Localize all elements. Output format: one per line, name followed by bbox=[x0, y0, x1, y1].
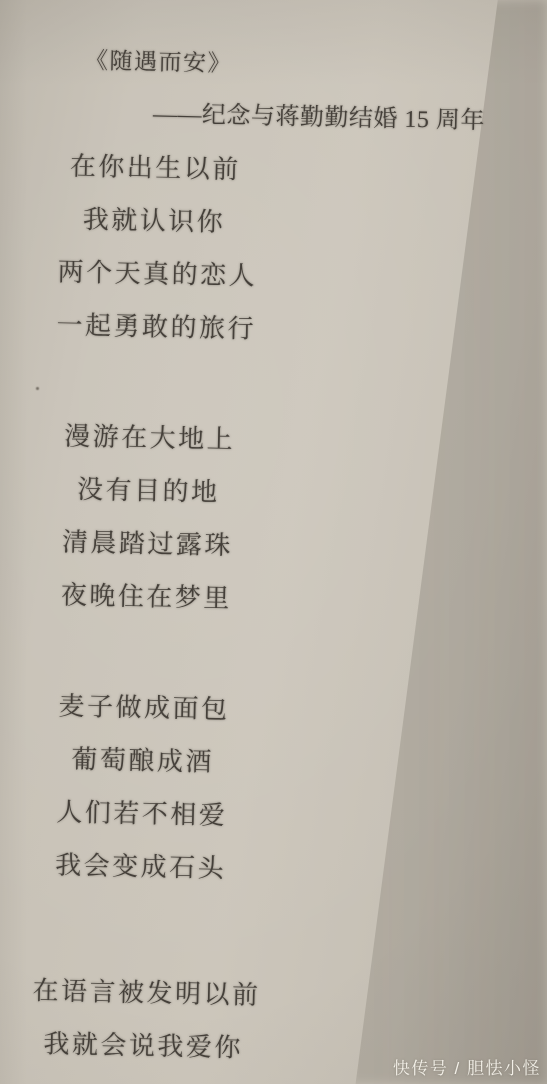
poem-line: 一起勇敢的旅行 bbox=[56, 299, 425, 360]
poem-line: 葡萄酿成酒 bbox=[71, 733, 416, 793]
poem-line: 麦子做成面包 bbox=[58, 680, 417, 740]
stanza-3: 麦子做成面包 葡萄酿成酒 人们若不相爱 我会变成石头 bbox=[0, 678, 417, 899]
poem-line: 两个天真的恋人 bbox=[57, 246, 426, 307]
poem-line: 漫游在大地上 bbox=[64, 410, 423, 470]
stanza-1: 在你出生以前 我就认识你 两个天真的恋人 一起勇敢的旅行 bbox=[0, 138, 428, 359]
poem-line: 在语言被发明以前 bbox=[32, 964, 411, 1025]
poem-title: 《随遇而安》 bbox=[85, 34, 431, 94]
poem-line: 没有目的地 bbox=[77, 463, 422, 523]
poem-page-photo: 《随遇而安》 ——纪念与蒋勤勤结婚 15 周年 在你出生以前 我就认识你 两个天… bbox=[0, 0, 547, 1084]
poem-line: 我就认识你 bbox=[82, 193, 427, 253]
poem-dedication: ——纪念与蒋勤勤结婚 15 周年 bbox=[152, 88, 429, 147]
poem-text-block: 《随遇而安》 ——纪念与蒋勤勤结婚 15 周年 在你出生以前 我就认识你 两个天… bbox=[0, 32, 431, 1078]
poem-line: 人们若不相爱 bbox=[56, 786, 415, 846]
poem-line: 我会变成石头 bbox=[55, 839, 414, 899]
poem-line: 我就会说我爱你 bbox=[43, 1017, 410, 1078]
watermark-badge: 快传号 / 胆怯小怪 bbox=[393, 1054, 541, 1079]
poem-line: 在你出生以前 bbox=[69, 140, 428, 200]
stanza-2: 漫游在大地上 没有目的地 清晨踏过露珠 夜晚住在梦里 bbox=[0, 408, 423, 629]
paper-speck bbox=[36, 387, 39, 390]
poem-line: 清晨踏过露珠 bbox=[61, 516, 420, 576]
stanza-4: 在语言被发明以前 我就会说我爱你 bbox=[0, 963, 411, 1078]
poem-line: 夜晚住在梦里 bbox=[60, 569, 419, 629]
